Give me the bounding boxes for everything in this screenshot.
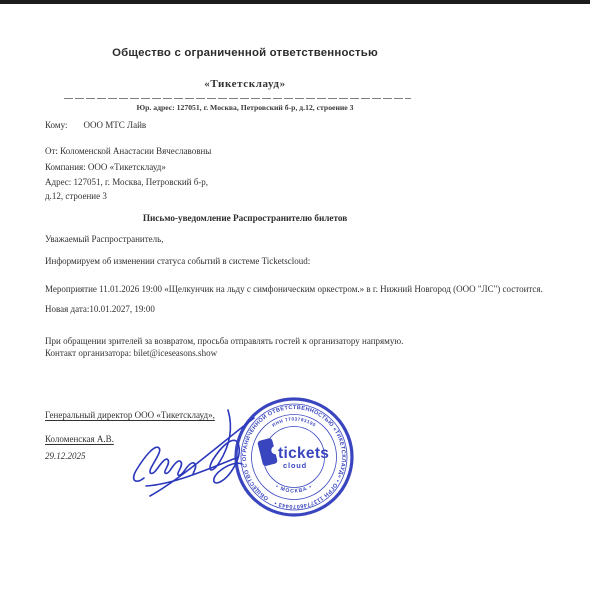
- greeting-line: Уважаемый Распространитель,: [45, 234, 163, 244]
- org-name-heading: «Тикетсклауд»: [0, 78, 490, 90]
- window-top-edge: [0, 0, 590, 4]
- svg-text:ИНН 7703783190: ИНН 7703783190: [271, 416, 317, 427]
- stamp-inner-ring-top-text: ИНН 7703783190: [271, 416, 317, 427]
- recipient-label: Кому:: [45, 120, 67, 130]
- sender-address-line2: д.12, строение 3: [45, 191, 107, 201]
- stamp-logo-subtext: cloud: [283, 461, 307, 470]
- refund-note-line: При обращении зрителей за возвратом, про…: [45, 336, 403, 346]
- event-status-line: Мероприятие 11.01.2026 19:00 «Щелкунчик …: [45, 284, 543, 294]
- ticketscloud-logo: tickets cloud: [257, 437, 329, 470]
- svg-text:• МОСКВА •: • МОСКВА •: [274, 484, 313, 495]
- recipient-row: Кому:ООО МТС Лайв: [45, 120, 146, 130]
- recipient-name: ООО МТС Лайв: [83, 120, 146, 130]
- signature-stroke-underline: [146, 458, 236, 486]
- company-round-stamp: ОБЩЕСТВО С ОГРАНИЧЕННОЙ ОТВЕТСТВЕННОСТЬЮ…: [231, 394, 357, 520]
- legal-address-line: Юр. адрес: 127051, г. Москва, Петровский…: [0, 103, 490, 112]
- sender-address-line1: Адрес: 127051, г. Москва, Петровский б-р…: [45, 177, 208, 187]
- new-date-line: Новая дата:10.01.2027, 19:00: [45, 304, 155, 314]
- stamp-logo-text: tickets: [278, 445, 329, 462]
- organizer-contact-line: Контакт организатора: bilet@iceseasons.s…: [45, 348, 217, 358]
- stamp-inner-ring-bottom-text: • МОСКВА •: [274, 484, 313, 495]
- letter-document: Общество с ограниченной ответственностью…: [0, 0, 590, 608]
- signatory-name-line: Коломенская А.В.: [45, 434, 114, 444]
- signature-date: 29.12.2025: [45, 451, 86, 461]
- letter-subject: Письмо-уведомление Распространителю биле…: [0, 213, 490, 223]
- header-divider: [64, 98, 411, 99]
- sender-company-line: Компания: ООО «Тикетсклауд»: [45, 162, 166, 172]
- org-type-heading: Общество с ограниченной ответственностью: [0, 47, 490, 59]
- signature-stroke-humps: [134, 447, 196, 481]
- sender-from-line: От: Коломенской Анастасии Вячеславовны: [45, 146, 211, 156]
- intro-line: Информируем об изменении статуса событий…: [45, 256, 310, 266]
